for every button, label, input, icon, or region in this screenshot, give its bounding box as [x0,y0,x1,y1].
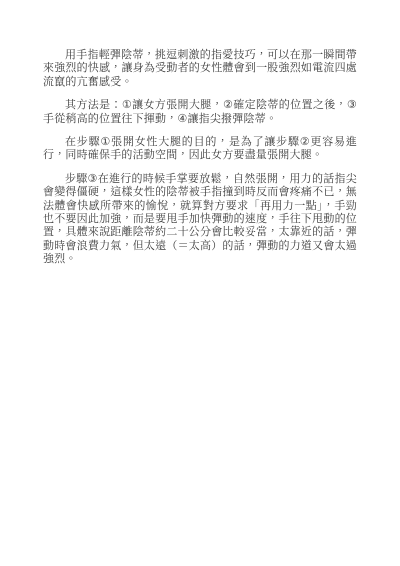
paragraph-3: 在步驟①張開女性大腿的目的，是為了讓步驟②更容易進行，同時確保手的活動空間，因此… [43,135,357,162]
document-page: 用手指輕彈陰蒂，挑逗刺激的指愛技巧，可以在那一瞬間帶來強烈的快感，讓身為受動者的… [0,0,400,566]
body-text: 用手指輕彈陰蒂，挑逗刺激的指愛技巧，可以在那一瞬間帶來強烈的快感，讓身為受動者的… [43,48,357,276]
paragraph-2: 其方法是：①讓女方張開大腿，②確定陰蒂的位置之後，③手從稍高的位置往下揮動，④讓… [43,98,357,125]
paragraph-1: 用手指輕彈陰蒂，挑逗刺激的指愛技巧，可以在那一瞬間帶來強烈的快感，讓身為受動者的… [43,48,357,88]
paragraph-4: 步驟③在進行的時候手掌要放鬆，自然張開，用力的話指尖會變得僵硬，這樣女性的陰蒂被… [43,172,357,266]
